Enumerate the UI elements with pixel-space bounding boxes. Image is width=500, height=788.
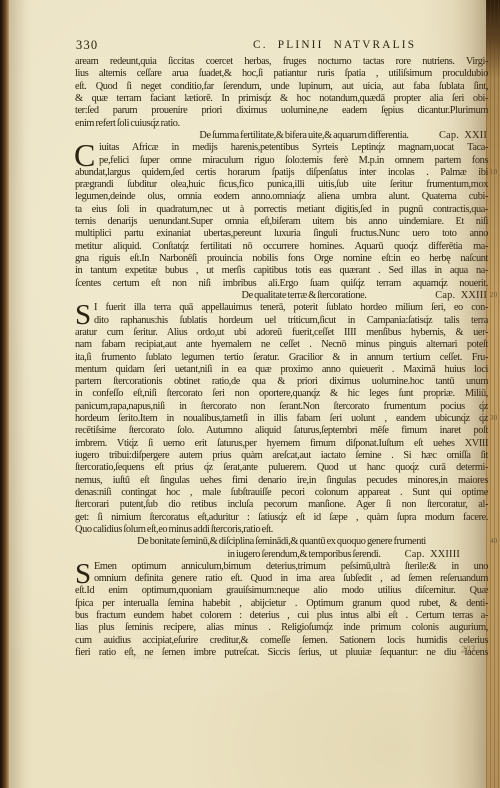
margin-line-number: 40 bbox=[490, 538, 500, 545]
margin-line-number: 20 bbox=[490, 292, 500, 299]
text-line: lius alternis ceſſare arua ſuadet,& hoc,… bbox=[75, 68, 488, 80]
text-line: recētiſsime ſtercorato ſolo. Autumno ali… bbox=[75, 425, 488, 437]
chapter-number-label: Cap. XXIII bbox=[435, 290, 487, 302]
paragraph: SEmen optimum anniculum,bimum deterius,t… bbox=[75, 561, 488, 660]
body-text: aream redeunt,quia ſiccitas coercet herb… bbox=[75, 56, 488, 659]
text-line: metitur aliquid. Conſtatq́z fertilitati … bbox=[75, 241, 488, 253]
text-line: ſcentes certum eſt non niſi imbribus ali… bbox=[75, 278, 488, 290]
text-line: & quæ terram faciant lætiorē. In primisq… bbox=[75, 93, 488, 105]
text-block: 330 C. PLINII NATVRALIS aream redeunt,qu… bbox=[75, 37, 488, 659]
text-line: in tantum expetitæ bubus , ut merſis cap… bbox=[75, 265, 488, 277]
text-line: imbrem. Vtiq́z ſi uerno erit ſaturus,per… bbox=[75, 438, 488, 450]
text-line: Emen optimum anniculum,bimum deterius,tr… bbox=[75, 561, 488, 573]
text-line: ter:ſed parum prouenire priori diximus u… bbox=[75, 105, 488, 117]
paragraph: SI fuerit illa terra quā appellauimus te… bbox=[75, 302, 488, 536]
showthrough-signature: E 3 bbox=[182, 651, 217, 662]
section-heading: De ſumma fertilitate,& bifera uite,& aqu… bbox=[75, 130, 488, 142]
text-line: multiplici partu exinaniat ubertas,pereu… bbox=[75, 228, 488, 240]
text-line: nam fabam recipiat,aut ante hyemalem ne … bbox=[75, 339, 488, 351]
text-line: hordeum ſerito.Item in noualibus,tametſi… bbox=[75, 413, 488, 425]
text-line: cum auidius accipiat,eſurire creditur,& … bbox=[75, 635, 488, 647]
text-line: legumen,deinde olus, omnia eodem anno.om… bbox=[75, 191, 488, 203]
text-line: partem ſtercorationis obtinet ratio,de q… bbox=[75, 376, 488, 388]
text-line: eſt. Quod ſi neget conditio,far ſerendum… bbox=[75, 81, 488, 93]
text-line: omnium definita genere ratio eſt. Quod i… bbox=[75, 573, 488, 585]
heading-text: De ſumma fertilitate,& bifera uite,& aqu… bbox=[199, 130, 408, 141]
paragraph: aream redeunt,quia ſiccitas coercet herb… bbox=[75, 56, 488, 130]
text-line: abundat,largus quidem,ſed certis horarum… bbox=[75, 167, 488, 179]
drop-cap-initial: S bbox=[75, 562, 91, 587]
text-line: Quo calidius ſolum eſt,eo minus addi ſte… bbox=[75, 524, 488, 536]
paragraph: Ciuitas Africæ in medijs harenis,petenti… bbox=[75, 142, 488, 290]
drop-cap-initial: C bbox=[74, 143, 95, 168]
text-line: nemus, iuſtū eſt ſingulas uehes fimi den… bbox=[75, 475, 488, 487]
drop-cap-initial: S bbox=[75, 303, 91, 328]
book-scan: 330 C. PLINII NATVRALIS aream redeunt,qu… bbox=[0, 0, 500, 788]
text-line: gna riguis eſt.In Narbonēſi prouincia no… bbox=[75, 253, 488, 265]
text-line: ita,ſi frumento ſublato legumen tertio ſ… bbox=[75, 352, 488, 364]
heading-text: De bonitate ſeminū,& diſciplina ſeminādi… bbox=[137, 536, 426, 547]
text-line: ſpica per interualla ſemina habebit , ab… bbox=[75, 598, 488, 610]
text-line: denas:niſi contingat hoc , male ſubſtrau… bbox=[75, 487, 488, 499]
section-heading: De bonitate ſeminū,& diſciplina ſeminādi… bbox=[75, 536, 488, 548]
text-line: aratur cum ſeritur. Alius ordo,ut ubi ad… bbox=[75, 327, 488, 339]
text-line: ſtercoratio,ſequens eſt prius q́z ſerat,… bbox=[75, 462, 488, 474]
heading-text: in iugero ſerendum,& temporibus ſerendi. bbox=[227, 549, 380, 560]
text-line: pe,felici ſuper omne miraculum riguo ſol… bbox=[75, 155, 488, 167]
fore-edge bbox=[486, 0, 500, 788]
text-line: bus fractum eundem habet colorem : deter… bbox=[75, 610, 488, 622]
text-line: lias plus ſeminis recipere, alias minus … bbox=[75, 622, 488, 634]
margin-line-number: 30 bbox=[490, 415, 500, 422]
text-line: panicum,rapa,napus,niſi in ſtercorato no… bbox=[75, 401, 488, 413]
text-line: I fuerit illa terra quā appellauimus ten… bbox=[75, 302, 488, 314]
text-line: prægrandi ſubditur olea,huic ficus,fico … bbox=[75, 179, 488, 191]
text-line: dito raphanus:his ſublatis hordeum uel t… bbox=[75, 315, 488, 327]
chapter-number-label: Cap. XXII bbox=[439, 130, 487, 142]
running-title: C. PLINII NATVRALIS bbox=[253, 39, 416, 51]
text-line: iuitas Africæ in medijs harenis,petentib… bbox=[75, 142, 488, 154]
text-line: ta eius ſoli in quadratum,nec ut à porre… bbox=[75, 204, 488, 216]
text-line: ternis denarijs uenundant.Super omnia eſ… bbox=[75, 216, 488, 228]
book-page: 330 C. PLINII NATVRALIS aream redeunt,qu… bbox=[9, 0, 486, 788]
section-heading: in iugero ſerendum,& temporibus ſerendi.… bbox=[75, 549, 488, 561]
handwritten-note: 203 bbox=[461, 645, 476, 656]
text-line: mentum quidam ſeri uetant,niſi in ea quæ… bbox=[75, 364, 488, 376]
section-heading: De qualitate terræ & ſtercoratione.Cap. … bbox=[75, 290, 488, 302]
text-line: iugero tribui:diſpergere autem prius quà… bbox=[75, 450, 488, 462]
text-line: aream redeunt,quia ſiccitas coercet herb… bbox=[75, 56, 488, 68]
text-line: enim refert ſoli cuiusq́z ratio. bbox=[75, 118, 488, 130]
page-number: 330 bbox=[76, 38, 98, 53]
page-header: 330 C. PLINII NATVRALIS bbox=[75, 37, 488, 56]
text-line: get: ſi nimium ſtercoratus eſt,aduritur … bbox=[75, 512, 488, 524]
text-line: in confeſſo eſt,niſi ſtercorato ſeri non… bbox=[75, 388, 488, 400]
heading-text: De qualitate terræ & ſtercoratione. bbox=[242, 290, 367, 301]
text-line: ſtercorari putent,ſub dio retibus incluſ… bbox=[75, 499, 488, 511]
margin-line-number: 10 bbox=[490, 169, 500, 176]
chapter-number-label: Cap. XXIIII bbox=[405, 549, 460, 561]
showthrough-catchword: aream bbox=[128, 651, 152, 662]
gutter-shading bbox=[9, 0, 25, 788]
text-line: eſt.Id enim optimum,quoniam grauiſsimum:… bbox=[75, 585, 488, 597]
